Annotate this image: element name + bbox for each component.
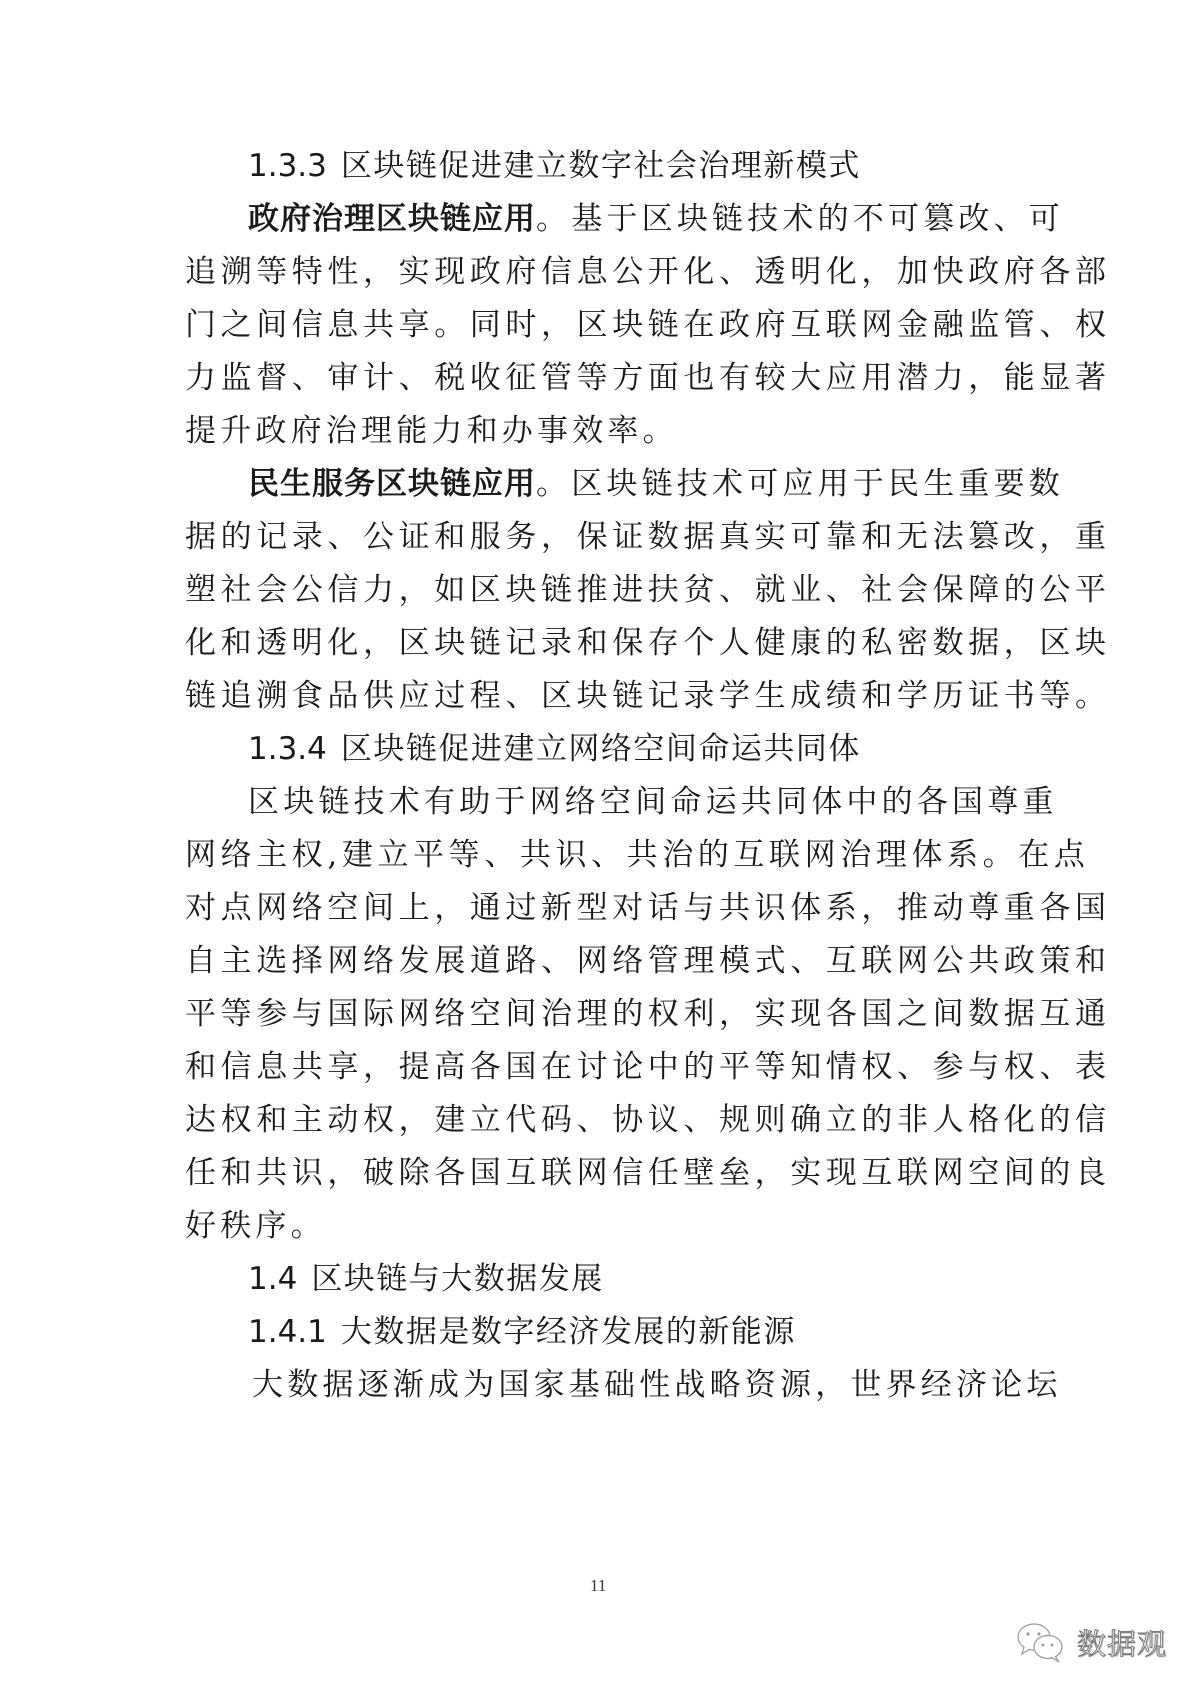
paragraph-line: 据的记录、公证和服务，保证数据真实可靠和无法篡改，重: [185, 517, 1025, 557]
heading-title: 区块链促进建立网络空间命运共同体: [341, 731, 861, 767]
paragraph-line: 力监督、审计、税收征管等方面也有较大应用潜力，能显著: [185, 358, 1025, 398]
paragraph-line: 对点网络空间上，通过新型对话与共识体系，推动尊重各国: [185, 888, 1025, 928]
paragraph-government-first-line: 政府治理区块链应用。基于区块链技术的不可篡改、可: [248, 199, 1088, 239]
page-number: 11: [590, 1576, 606, 1596]
wechat-icon: [1015, 1622, 1067, 1664]
paragraph-line: 网络主权,建立平等、共识、共治的互联网治理体系。在点: [185, 835, 1025, 875]
heading-number: 1.3.4: [248, 731, 327, 767]
paragraph-livelihood-first-line: 民生服务区块链应用。区块链技术可应用于民生重要数: [248, 464, 1088, 504]
paragraph-line: 链追溯食品供应过程、区块链记录学生成绩和学历证书等。: [185, 676, 1025, 716]
paragraph-line: 和信息共享，提高各国在讨论中的平等知情权、参与权、表: [185, 1047, 1025, 1087]
paragraph-line: 提升政府治理能力和办事效率。: [185, 411, 1025, 451]
paragraph-line: 自主选择网络发展道路、网络管理模式、互联网公共政策和: [185, 941, 1025, 981]
paragraph-line: 任和共识，破除各国互联网信任壁垒，实现互联网空间的良: [185, 1153, 1025, 1193]
lead-rest: 。基于区块链技术的不可篡改、可: [536, 201, 1064, 237]
paragraph-cyberspace-first-line: 区块链技术有助于网络空间命运共同体中的各国尊重: [248, 782, 1088, 822]
paragraph-line: 达权和主动权，建立代码、协议、规则确立的非人格化的信: [185, 1100, 1025, 1140]
document-page: 1.3.3区块链促进建立数字社会治理新模式 政府治理区块链应用。基于区块链技术的…: [0, 0, 1200, 1696]
section-heading-1-3-3: 1.3.3区块链促进建立数字社会治理新模式: [248, 146, 1088, 186]
paragraph-line: 好秩序。: [185, 1206, 1025, 1246]
paragraph-line: 塑社会公信力，如区块链推进扶贫、就业、社会保障的公平: [185, 570, 1025, 610]
section-heading-1-4-1: 1.4.1大数据是数字经济发展的新能源: [248, 1312, 1088, 1352]
heading-title: 区块链促进建立数字社会治理新模式: [341, 148, 861, 184]
heading-number: 1.3.3: [248, 148, 327, 184]
heading-title: 区块链与大数据发展: [311, 1261, 604, 1297]
bold-lead: 民生服务区块链应用: [248, 466, 536, 502]
watermark-text: 数据观: [1077, 1622, 1167, 1663]
paragraph-line: 平等参与国际网络空间治理的权利，实现各国之间数据互通: [185, 994, 1025, 1034]
section-heading-1-4: 1.4区块链与大数据发展: [248, 1259, 1088, 1299]
heading-number: 1.4.1: [248, 1314, 327, 1350]
heading-number: 1.4: [248, 1261, 297, 1297]
heading-title: 大数据是数字经济发展的新能源: [341, 1314, 796, 1350]
paragraph-line: 门之间信息共享。同时，区块链在政府互联网金融监管、权: [185, 305, 1025, 345]
bold-lead: 政府治理区块链应用: [248, 201, 536, 237]
watermark: 数据观: [1015, 1620, 1180, 1664]
paragraph-line: 追溯等特性，实现政府信息公开化、透明化，加快政府各部: [185, 252, 1025, 292]
section-heading-1-3-4: 1.3.4区块链促进建立网络空间命运共同体: [248, 729, 1088, 769]
paragraph-line: 化和透明化，区块链记录和保存个人健康的私密数据，区块: [185, 623, 1025, 663]
lead-rest: 。区块链技术可应用于民生重要数: [536, 466, 1064, 502]
paragraph-bigdata-first-line: 大数据逐渐成为国家基础性战略资源，世界经济论坛: [252, 1365, 1092, 1405]
